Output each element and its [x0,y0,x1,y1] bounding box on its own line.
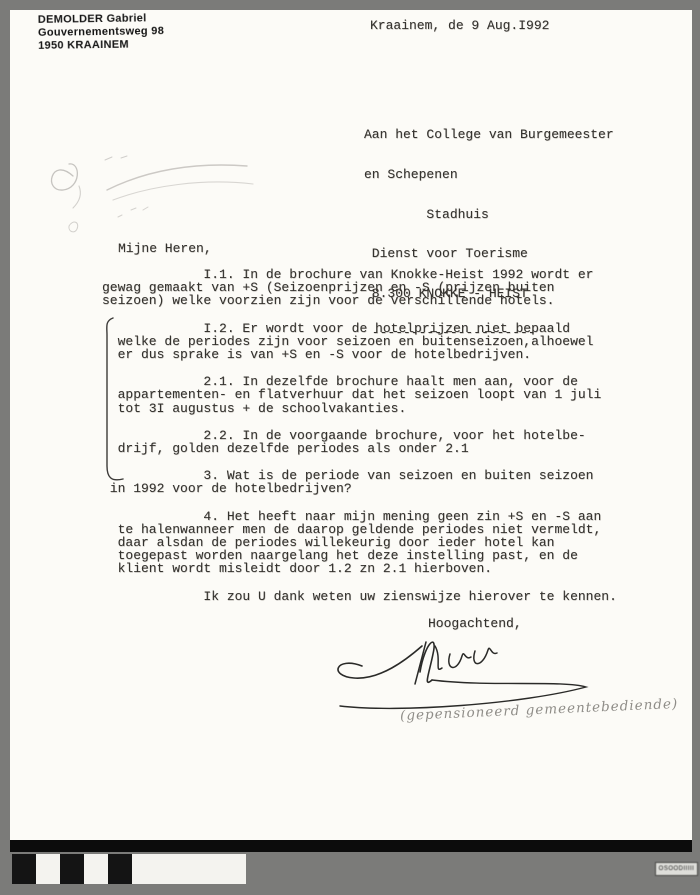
calibration-mark [84,854,108,884]
calibration-mark [36,854,60,884]
scanned-letter: DEMOLDER Gabriel Gouvernementsweg 98 195… [0,0,700,895]
paragraph-2-2: 2.2. In de voorgaande brochure, voor het… [102,429,632,455]
recipient-line: Stadhuis [364,208,614,221]
recipient-line: Aan het College van Burgemeester [364,128,614,141]
calibration-mark [108,854,132,884]
archive-id-label: OSOODIIIII [655,862,698,876]
sender-stamp: DEMOLDER Gabriel Gouvernementsweg 98 195… [38,12,165,53]
paragraph-3: 3. Wat is de periode van seizoen en buit… [102,469,632,495]
recipient-line: Dienst voor Toerisme [364,247,614,260]
paragraph-2-1: 2.1. In dezelfde brochure haalt men aan,… [102,375,632,415]
salutation: Mijne Heren, [118,241,212,256]
calibration-mark [60,854,84,884]
paragraph-4: 4. Het heeft naar mijn mening geen zin +… [102,510,632,576]
recipient-line: en Schepenen [364,168,614,181]
sender-city: 1950 KRAAINEM [38,38,164,53]
sender-street: Gouvernementsweg 98 [38,25,164,40]
date-line: Kraainem, de 9 Aug.I992 [370,18,549,33]
closing-sentence: Ik zou U dank weten uw zienswijze hierov… [102,590,632,603]
letter-page: DEMOLDER Gabriel Gouvernementsweg 98 195… [10,10,692,852]
valediction: Hoogachtend, [428,616,522,631]
page-bottom-black-bar [10,840,692,852]
paragraph-1-2: I.2. Er wordt voor de hotelprijzen niet … [102,322,632,362]
paragraph-1-1: I.1. In de brochure van Knokke-Heist 199… [102,268,632,308]
calibration-mark [132,854,246,884]
calibration-strip [12,854,246,884]
pencil-scribbles [35,138,265,243]
calibration-mark [12,854,36,884]
letter-body: I.1. In de brochure van Knokke-Heist 199… [102,268,632,617]
